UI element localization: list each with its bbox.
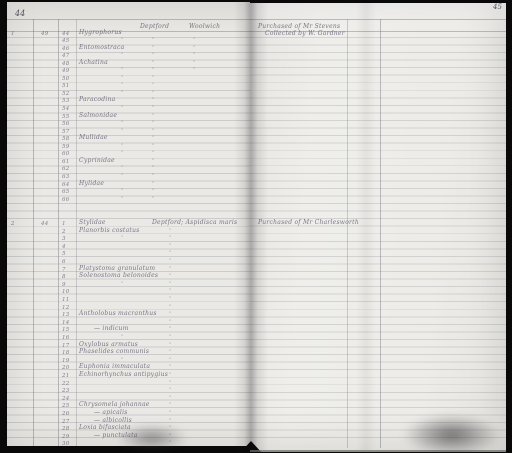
left-folio-number: 44 [15, 9, 25, 18]
ruled-lines-left [7, 37, 250, 439]
species-name: Phaselides communis [79, 349, 149, 356]
column-rule-lot [58, 19, 59, 446]
locality-ditto-mark: " [169, 259, 172, 265]
locality-ditto-mark: " [169, 289, 172, 295]
specimen-number: 1 [62, 221, 66, 227]
locality2-ditto-mark: " [193, 46, 196, 52]
locality-ditto-mark: " [169, 388, 172, 394]
species-ditto-mark: " [121, 144, 124, 150]
locality-ditto-mark: " [169, 365, 172, 371]
locality-ditto-mark: " [169, 267, 172, 273]
locality-ditto-mark: " [169, 381, 172, 387]
locality-ditto-mark: " [169, 358, 172, 364]
species-ditto-mark: " [121, 121, 124, 127]
locality-note-2: Woolwich [189, 24, 220, 31]
specimen-number: 47 [62, 53, 70, 59]
locality-ditto-mark: " [169, 403, 172, 409]
species-name: Antholobus macranthus [79, 311, 157, 318]
specimen-number: 62 [62, 166, 70, 172]
column-rule-number [76, 19, 77, 446]
locality-ditto-mark: " [152, 53, 155, 59]
locality-ditto-mark: " [169, 236, 172, 242]
locality-ditto-mark: " [169, 419, 172, 425]
locality-ditto-mark: " [152, 159, 155, 165]
specimen-number: 53 [62, 98, 70, 104]
species-ditto-mark: " [121, 53, 124, 59]
locality-ditto-mark: " [169, 335, 172, 341]
locality-ditto-mark: " [152, 129, 155, 135]
species-ditto-mark: " [121, 189, 124, 195]
specimen-number: 44 [62, 31, 70, 37]
species-ditto-mark: " [121, 335, 124, 341]
species-name: Echinorhynchus antipygius [79, 372, 168, 379]
species-ditto-mark: " [121, 174, 124, 180]
locality-ditto-mark: " [169, 312, 172, 318]
species-name: Cyprinidae [79, 158, 115, 165]
specimen-number: 9 [62, 282, 66, 288]
locality-ditto-mark: " [152, 151, 155, 157]
species-ditto-mark: " [121, 166, 124, 172]
locality-note: Deptford; Aspidisca maris [152, 220, 237, 227]
locality-ditto-mark: " [169, 320, 172, 326]
specimen-number: 65 [62, 189, 70, 195]
locality-ditto-mark: " [169, 343, 172, 349]
entry-number: 2 [11, 221, 15, 227]
species-ditto-mark: " [121, 106, 124, 112]
specimen-number: 16 [62, 335, 70, 341]
species-name: Stylidae [79, 220, 106, 227]
specimen-number: 59 [62, 144, 70, 150]
locality-ditto-mark: " [169, 373, 172, 379]
species-name: Platystoma granulatum [79, 266, 155, 273]
specimen-number: 50 [62, 76, 70, 82]
specimen-number: 14 [62, 320, 70, 326]
specimen-number: 56 [62, 121, 70, 127]
specimen-number: 23 [62, 388, 70, 394]
specimen-number: 18 [62, 350, 70, 356]
bottom-left-shadow [116, 424, 188, 452]
specimen-number: 29 [62, 434, 70, 440]
specimen-number: 30 [62, 441, 70, 447]
locality-ditto-mark: " [152, 83, 155, 89]
specimen-number: 10 [62, 289, 70, 295]
scanned-register-spread: 44 45 149DeptfordWoolwichPurchased of Mr… [0, 0, 512, 453]
locality-ditto-mark: " [152, 38, 155, 44]
species-name: Paracodina [79, 97, 115, 104]
ruled-lines-right [250, 37, 506, 440]
locality-ditto-mark: " [169, 274, 172, 280]
species-name: — albicollis [94, 418, 132, 425]
locality-ditto-mark: " [169, 350, 172, 356]
locality-ditto-mark: " [152, 174, 155, 180]
specimen-number: 11 [62, 297, 70, 303]
column-rule-right-1 [347, 19, 348, 448]
locality-ditto-mark: " [152, 121, 155, 127]
register-right-page [250, 3, 506, 452]
locality-ditto-mark: " [152, 46, 155, 52]
locality-ditto-mark: " [152, 76, 155, 82]
locality-ditto-mark: " [152, 189, 155, 195]
specimen-number: 7 [62, 267, 66, 273]
specimen-number: 17 [62, 343, 70, 349]
locality-ditto-mark: " [152, 182, 155, 188]
lot-number: 49 [41, 31, 49, 37]
locality-ditto-mark: " [152, 68, 155, 74]
specimen-number: 57 [62, 129, 70, 135]
species-ditto-mark: " [121, 129, 124, 135]
specimen-number: 45 [62, 38, 70, 44]
locality-ditto-mark: " [152, 91, 155, 97]
acquisition-note: Purchased of Mr Charlesworth [258, 220, 359, 227]
locality-ditto-mark: " [152, 144, 155, 150]
locality2-ditto-mark: " [193, 61, 196, 67]
locality-ditto-mark: " [169, 327, 172, 333]
specimen-number: 4 [62, 244, 66, 250]
specimen-number: 20 [62, 365, 70, 371]
bottom-right-shadow [402, 414, 502, 453]
specimen-number: 49 [62, 68, 70, 74]
species-ditto-mark: " [121, 151, 124, 157]
specimen-number: 51 [62, 83, 70, 89]
right-folio-number: 45 [493, 3, 502, 11]
species-name: Planorbis costatus [79, 228, 140, 235]
specimen-number: 5 [62, 251, 66, 257]
specimen-number: 21 [62, 373, 70, 379]
locality-ditto-mark: " [152, 197, 155, 203]
species-ditto-mark: " [121, 91, 124, 97]
specimen-number: 8 [62, 274, 66, 280]
specimen-number: 24 [62, 396, 70, 402]
species-name: Oxylobus armatus [79, 342, 138, 349]
species-ditto-mark: " [121, 282, 124, 288]
column-rule-right-2 [380, 19, 381, 448]
specimen-number: 2 [62, 229, 66, 235]
specimen-number: 55 [62, 114, 70, 120]
species-name: Euphonia immaculata [79, 364, 150, 371]
species-name: Entomostraca [79, 45, 124, 52]
specimen-number: 15 [62, 327, 70, 333]
specimen-number: 54 [62, 106, 70, 112]
locality-ditto-mark: " [152, 106, 155, 112]
specimen-number: 48 [62, 61, 70, 67]
locality-ditto-mark: " [169, 396, 172, 402]
specimen-number: 26 [62, 411, 70, 417]
specimen-number: 61 [62, 159, 70, 165]
page-fold-shade [356, 3, 376, 450]
specimen-number: 60 [62, 151, 70, 157]
species-ditto-mark: " [121, 76, 124, 82]
locality-note: Deptford [140, 24, 169, 31]
species-ditto-mark: " [121, 83, 124, 89]
specimen-number: 25 [62, 403, 70, 409]
column-rule-entry [33, 19, 34, 446]
species-ditto-mark: " [121, 197, 124, 203]
specimen-number: 58 [62, 136, 70, 142]
specimen-number: 12 [62, 305, 70, 311]
specimen-number: 46 [62, 46, 70, 52]
acquisition-note: Collected by W. Gardner [265, 31, 345, 38]
locality-ditto-mark: " [169, 229, 172, 235]
locality-ditto-mark: " [152, 136, 155, 142]
species-name: Mullidae [79, 135, 108, 142]
specimen-number: 6 [62, 259, 66, 265]
locality-ditto-mark: " [152, 114, 155, 120]
locality2-ditto-mark: " [193, 68, 196, 74]
locality-ditto-mark: " [169, 251, 172, 257]
species-name: Hylidae [79, 181, 104, 188]
entry-number: 1 [11, 31, 15, 37]
species-name: Hygrophorus [79, 30, 122, 37]
locality-ditto-mark: " [169, 305, 172, 311]
locality-ditto-mark: " [152, 166, 155, 172]
specimen-number: 63 [62, 174, 70, 180]
species-name: Salmonidae [79, 113, 117, 120]
specimen-number: 22 [62, 381, 70, 387]
specimen-number: 66 [62, 197, 70, 203]
lot-number: 44 [41, 221, 49, 227]
specimen-number: 19 [62, 358, 70, 364]
species-name: Solenostoma belonoides [79, 273, 158, 280]
locality-ditto-mark: " [169, 282, 172, 288]
locality2-ditto-mark: " [193, 38, 196, 44]
specimen-number: 28 [62, 426, 70, 432]
specimen-number: 3 [62, 236, 66, 242]
locality-ditto-mark: " [169, 244, 172, 250]
specimen-number: 13 [62, 312, 70, 318]
specimen-number: 64 [62, 182, 70, 188]
specimen-number: 27 [62, 419, 70, 425]
locality-ditto-mark: " [152, 61, 155, 67]
locality-ditto-mark: " [152, 98, 155, 104]
species-name: — apicalis [94, 410, 128, 417]
species-name: Achatina [79, 60, 108, 67]
locality-ditto-mark: " [169, 297, 172, 303]
species-ditto-mark: " [121, 68, 124, 74]
species-ditto-mark: " [121, 236, 124, 242]
species-name: Chrysomela johannae [79, 402, 150, 409]
locality-ditto-mark: " [169, 411, 172, 417]
species-name: — indicum [94, 326, 129, 333]
locality2-ditto-mark: " [193, 53, 196, 59]
species-ditto-mark: " [121, 38, 124, 44]
specimen-number: 52 [62, 91, 70, 97]
